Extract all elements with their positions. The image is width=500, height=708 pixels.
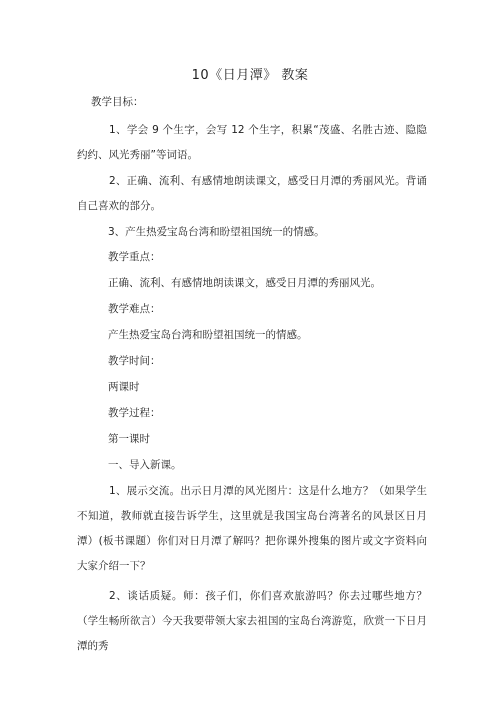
key-points-text: 正确、流利、有感情地朗读课文，感受日月潭的秀丽风光。 [108,271,428,296]
section-label-difficulties: 教学难点： [108,297,428,322]
section-label-time: 教学时间： [108,349,428,374]
section-label-process: 教学过程： [108,401,428,426]
difficulties-text: 产生热爱宝岛台湾和盼望祖国统一的情感。 [108,323,428,348]
objective-2: 2、正确、流利、有感情地朗读课文，感受日月潭的秀丽风光。背诵自己喜欢的部分。 [77,169,427,219]
objective-1: 1、学会 9 个生字，会写 12 个生字，积累“茂盛、名胜古迹、隐隐约约、风光秀… [77,118,427,168]
section-label-objectives: 教学目标： [91,90,441,115]
lesson-one-label: 第一课时 [108,427,428,452]
step-1-text: 1、展示交流。出示日月潭的风光图片：这是什么地方？（如果学生不知道，教师就直接告… [77,479,427,579]
document-page: 10《日月潭》 教案 教学目标： 1、学会 9 个生字，会写 12 个生字，积累… [0,0,500,708]
step-intro-heading: 一、导入新课。 [108,453,428,478]
step-2-text: 2、谈话质疑。师：孩子们，你们喜欢旅游吗？你去过哪些地方？（学生畅所欲言）今天我… [77,584,427,659]
section-label-key-points: 教学重点： [108,245,428,270]
objective-3: 3、产生热爱宝岛台湾和盼望祖国统一的情感。 [108,220,428,245]
time-text: 两课时 [108,375,428,400]
document-title: 10《日月潭》 教案 [0,64,500,83]
